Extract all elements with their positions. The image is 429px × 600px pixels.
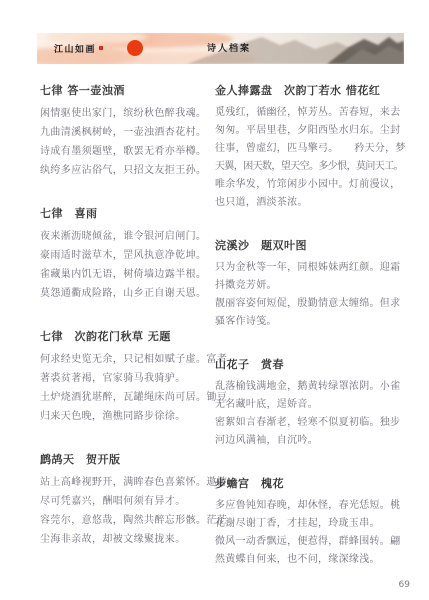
poem-line: 然黄蝶自何来，也不问，缘深缘浅。	[215, 551, 404, 569]
poem-line: 骚客作诗笺。	[215, 313, 404, 331]
poem-title: 七律 喜雨	[40, 207, 207, 221]
banner-calligraphy-left: 江山如画	[53, 43, 96, 55]
poem-columns: 七律 答一壶浊酒 闲情驱使出家门，缤纷秋色醉我魂。 九曲清溪枫树岭，一壶浊酒杏花…	[40, 84, 404, 596]
poem-line: 无名藏叶底，逞娇音。	[215, 396, 404, 414]
poem-title: 金人捧露盘 次韵丁若水 惜花红	[215, 84, 404, 98]
poem-title: 七律 答一壶浊酒	[40, 84, 207, 98]
poem-line: 乱落榆钱满地金，鹅黄转绿罩浓阴。小雀	[215, 378, 404, 396]
poem-buchangong-huaihua: 步蟾宫 槐花 多应鲁钝知春晚，却休怪，春光恁短。桃 花谢尽谢丁香，才挂起，玲珑玉…	[215, 477, 404, 569]
poem-line: 豪雨适时滋草木，罡风执意净乾坤。	[40, 246, 207, 265]
poem-title: 浣溪沙 题双叶图	[215, 239, 404, 253]
poem-title: 鹧鸪天 贺开版	[40, 453, 207, 467]
poem-line: 尘海非亲故，却被文缘聚拢来。	[40, 530, 207, 549]
poem-line: 天翼，困天数，望天空。多少恨，莫问天工。	[215, 158, 404, 176]
poem-line: 夜来淅沥晓倾盆，谁令银河启闸门。	[40, 227, 207, 246]
poem-line: 尽可凭嘉兴，酬唱何须有异才。	[40, 492, 207, 511]
book-page: 江山如画 诗人档案 七律 答一壶浊酒 闲情驱使出家门，缤纷秋色醉我魂。 九曲清溪…	[0, 0, 429, 600]
poem-shanhuazi-shangchun: 山花子 赏春 乱落榆钱满地金，鹅黄转绿罩浓阴。小雀 无名藏叶底，逞娇音。 密絮如…	[215, 358, 404, 450]
poem-line: 归来天色晚，渔樵同路步徐徐。	[40, 407, 207, 426]
poem-line: 靓丽容姿何短促，殷勤情意太缠绵。但求	[215, 295, 404, 313]
poem-line: 何求经史览无余，只记相如赋子虚。富者	[40, 350, 207, 369]
sun-icon	[127, 40, 143, 56]
poem-line: 密絮如言春渐老，轻寒不似夏初临。独步	[215, 414, 404, 432]
poem-jinren-penglupan-xihuahong: 金人捧露盘 次韵丁若水 惜花红 觅残红，循幽径，悼芳丛。苦春短，来去 匆匆。平居…	[215, 84, 404, 212]
left-column: 七律 答一壶浊酒 闲情驱使出家门，缤纷秋色醉我魂。 九曲清溪枫树岭，一壶浊酒杏花…	[40, 84, 207, 596]
poem-line: 往事，曾虚幻，匹马擎弓。 矜天分，梦	[215, 140, 404, 158]
poem-line: 纨绔多应沾俗气，只招文友拒王孙。	[40, 161, 207, 180]
poem-line: 河边风满袖，自沉吟。	[215, 432, 404, 450]
poem-line: 也只道，酒淡茶浓。	[215, 194, 404, 212]
banner-calligraphy-center: 诗人档案	[206, 42, 251, 54]
poem-qilv-ciyun-huamen-qiucao: 七律 次韵花门秋草 无题 何求经史览无余，只记相如赋子虚。富者 著裘贫著褐，官家…	[40, 330, 207, 426]
poem-qilv-xiyu: 七律 喜雨 夜来淅沥晓倾盆，谁令银河启闸门。 豪雨适时滋草木，罡风执意净乾坤。 …	[40, 207, 207, 303]
page-number: 69	[399, 580, 410, 590]
poem-line: 容莞尔，意悠哉，陶然共醉忘形骸。茫茫	[40, 511, 207, 530]
poem-line: 闲情驱使出家门，缤纷秋色醉我魂。	[40, 104, 207, 123]
poem-title: 步蟾宫 槐花	[215, 477, 404, 491]
poem-line: 微风一动香飘远，便惹得，群蜂围转。翩	[215, 533, 404, 551]
poem-line: 匆匆。平居里巷，夕阳西坠水归东。尘封	[215, 122, 404, 140]
poem-line: 土炉烧酒犹堪醉，瓦罐绳床尚可居。锄豆	[40, 388, 207, 407]
poem-line: 只为金秋等一年，同根姊妹两红颜。迎霜	[215, 259, 404, 277]
poem-huanxisha-ti-shuangyetu: 浣溪沙 题双叶图 只为金秋等一年，同根姊妹两红颜。迎霜 抖擞竞芳妍。 靓丽容姿何…	[215, 239, 404, 331]
poem-qilv-da-yihu-zhuojiu: 七律 答一壶浊酒 闲情驱使出家门，缤纷秋色醉我魂。 九曲清溪枫树岭，一壶浊酒杏花…	[40, 84, 207, 180]
header-banner: 江山如画 诗人档案	[37, 33, 404, 64]
poem-line: 九曲清溪枫树岭，一壶浊酒杏花村。	[40, 123, 207, 142]
poem-line: 站上高峰视野开，满眸春色喜萦怀。遨游	[40, 473, 207, 492]
poem-line: 觅残红，循幽径，悼芳丛。苦春短，来去	[215, 104, 404, 122]
poem-line: 莫怨通衢成险路，山乡正自谢天恩。	[40, 284, 207, 303]
poem-title: 山花子 赏春	[215, 358, 404, 372]
poem-line: 花谢尽谢丁香，才挂起，玲珑玉串。	[215, 515, 404, 533]
seal-stamp-icon	[99, 46, 103, 50]
landscape-painting: 江山如画 诗人档案	[37, 33, 404, 64]
poem-line: 诗成有墨须题壁，歌罢无肴亦举樽。	[40, 142, 207, 161]
right-column: 金人捧露盘 次韵丁若水 惜花红 觅残红，循幽径，悼芳丛。苦春短，来去 匆匆。平居…	[215, 84, 404, 596]
poem-line: 唯余华发，竹筇闲步小园中。灯前漫议，	[215, 176, 404, 194]
poem-title: 七律 次韵花门秋草 无题	[40, 330, 207, 344]
poem-line: 雀藏巢内饥无语，树倚墙边露半根。	[40, 265, 207, 284]
poem-line: 抖擞竞芳妍。	[215, 277, 404, 295]
poem-line: 多应鲁钝知春晚，却休怪，春光恁短。桃	[215, 497, 404, 515]
poem-line: 著裘贫著褐，官家骑马我骑驴。	[40, 369, 207, 388]
poem-zhegutian-he-kaiban: 鹧鸪天 贺开版 站上高峰视野开，满眸春色喜萦怀。遨游 尽可凭嘉兴，酬唱何须有异才…	[40, 453, 207, 549]
